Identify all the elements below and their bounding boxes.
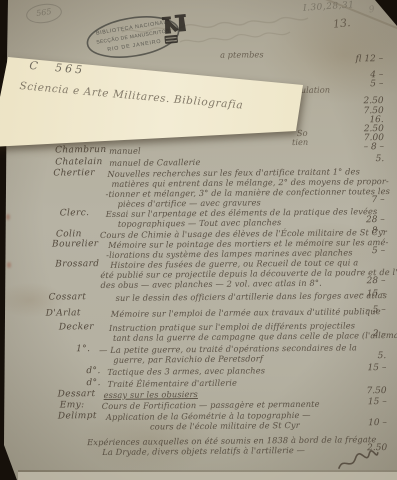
sheet-below-edge bbox=[18, 472, 397, 480]
manuscript-scan: BIBLIOTECA NACIONAL SECÇÃO DE MANUSCRITO… bbox=[0, 0, 397, 480]
